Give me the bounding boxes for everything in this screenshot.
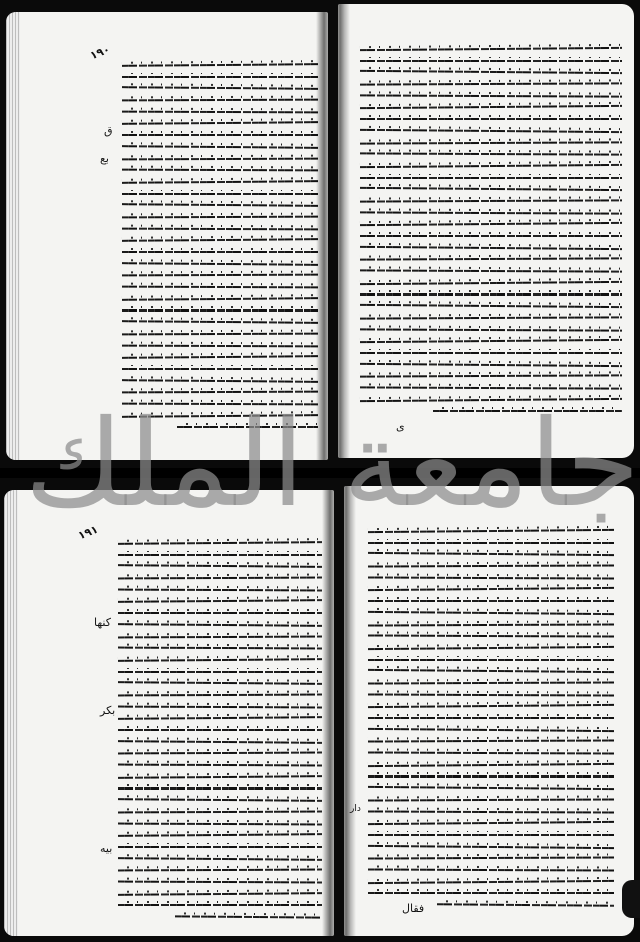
page-190-verso: ى: [338, 4, 634, 458]
text-line: [122, 274, 318, 277]
text-line: [433, 410, 622, 412]
text-line: [360, 258, 622, 261]
text-line: [122, 355, 318, 359]
gutter-shadow: [344, 486, 356, 936]
text-line: [118, 740, 322, 744]
text-line: [368, 646, 614, 650]
text-line: [368, 669, 614, 673]
text-line: [122, 320, 318, 324]
text-line: [122, 110, 318, 113]
text-line: [368, 623, 614, 626]
text-line: [360, 316, 622, 319]
text-line: [368, 611, 614, 615]
text-line: [360, 339, 622, 343]
thumb-shadow: [622, 880, 640, 918]
text-line: [360, 199, 622, 202]
text-line: [122, 262, 318, 266]
text-line: [368, 576, 614, 579]
text-line: [368, 542, 614, 544]
text-line: [360, 281, 622, 285]
text-line: [122, 238, 318, 242]
text-line: [368, 659, 614, 661]
text-line: [118, 588, 322, 591]
text-line: [368, 740, 614, 743]
text-line: [360, 246, 622, 250]
text-line: [360, 177, 622, 179]
text-block: [118, 542, 322, 928]
text-line: [368, 844, 614, 848]
text-line: [118, 810, 322, 813]
text-line: [118, 764, 322, 767]
text-line: [122, 309, 318, 311]
text-line: [368, 752, 614, 755]
page-190: ١٩٠ ق بع: [6, 12, 328, 460]
text-line: [368, 868, 614, 871]
text-line: [368, 728, 614, 732]
text-line: [118, 846, 322, 848]
margin-note: بع: [100, 152, 109, 165]
text-line: [118, 880, 322, 883]
text-line: [368, 600, 614, 602]
text-line: [122, 251, 318, 253]
text-line: [360, 47, 622, 51]
text-line: [122, 203, 318, 207]
text-line: [122, 145, 318, 149]
text-line: [118, 612, 322, 614]
text-line: [118, 869, 322, 872]
text-line: [360, 235, 622, 237]
text-line: [360, 141, 622, 144]
text-line: [360, 397, 622, 401]
top-spread: ١٩٠ ق بع ى: [0, 0, 640, 468]
text-line: [118, 729, 322, 731]
text-line: [122, 286, 318, 289]
text-line: [118, 752, 322, 755]
text-line: [360, 269, 622, 272]
text-line: [360, 375, 622, 378]
text-line: [175, 915, 322, 918]
text-line: [118, 775, 322, 779]
text-line: [122, 344, 318, 347]
text-line: [360, 118, 622, 120]
text-line: [360, 70, 622, 74]
text-line: [368, 681, 614, 684]
text-line: [360, 105, 622, 109]
text-line: [122, 87, 318, 91]
text-line: [118, 658, 322, 662]
text-line: [360, 352, 622, 354]
text-line: [368, 763, 614, 767]
bottom-spread: ١٩١ كنها بكر بيه دار فقال: [0, 478, 640, 942]
text-line: [368, 635, 614, 638]
text-line: [368, 821, 614, 825]
text-line: [118, 833, 322, 837]
catchword: فقال: [402, 902, 424, 915]
text-line: [177, 426, 318, 428]
text-block: [122, 64, 318, 438]
text-line: [368, 565, 614, 568]
text-line: [368, 892, 614, 894]
gutter-shadow: [316, 12, 328, 460]
text-line: [360, 94, 622, 97]
margin-note: دار: [350, 804, 361, 814]
text-line: [368, 717, 614, 719]
page-191-verso: دار فقال: [344, 486, 634, 936]
text-line: [118, 635, 322, 638]
text-line: [122, 193, 318, 195]
page-edges: [6, 12, 20, 460]
margin-note: بيه: [100, 842, 112, 855]
text-line: [118, 716, 322, 720]
text-line: [122, 368, 318, 370]
text-line: [368, 857, 614, 860]
text-line: [118, 541, 322, 545]
text-line: [122, 216, 318, 219]
text-line: [368, 529, 614, 533]
text-line: [368, 880, 614, 884]
text-block: [368, 530, 614, 916]
margin-note: ق: [104, 124, 113, 137]
text-line: [368, 693, 614, 696]
page-edges: [4, 490, 18, 936]
text-line: [360, 82, 622, 85]
text-line: [118, 600, 322, 604]
text-line: [360, 222, 622, 226]
text-line: [122, 227, 318, 230]
margin-note: كنها: [94, 616, 111, 629]
text-line: [118, 647, 322, 650]
text-line: [122, 297, 318, 301]
text-line: [118, 564, 322, 568]
text-line: [360, 211, 622, 214]
page-191: ١٩١ كنها بكر بيه: [4, 490, 334, 936]
text-line: [368, 834, 614, 836]
text-line: [118, 554, 322, 556]
gutter-shadow: [322, 490, 334, 936]
text-line: [368, 704, 614, 708]
text-line: [118, 892, 322, 896]
text-line: [122, 122, 318, 126]
folio-number: ١٩١: [76, 523, 100, 543]
text-line: [368, 552, 614, 556]
text-line: [118, 787, 322, 789]
text-line: [118, 904, 322, 906]
footer-note: ى: [396, 420, 405, 433]
margin-note: بكر: [100, 704, 115, 717]
text-line: [122, 332, 318, 335]
text-line: [368, 775, 614, 777]
text-line: [122, 157, 318, 160]
text-line: [122, 134, 318, 136]
text-line: [118, 857, 322, 861]
text-line: [360, 328, 622, 331]
text-line: [437, 903, 614, 907]
text-line: [122, 180, 318, 184]
text-line: [360, 187, 622, 191]
text-line: [122, 99, 318, 102]
text-line: [118, 798, 322, 802]
gutter-shadow: [338, 4, 350, 458]
text-line: [368, 810, 614, 813]
text-line: [360, 386, 622, 389]
folio-number: ١٩٠: [88, 43, 112, 63]
text-line: [118, 705, 322, 708]
text-line: [368, 786, 614, 790]
text-line: [360, 304, 622, 308]
text-line: [122, 403, 318, 406]
text-line: [368, 587, 614, 591]
text-line: [118, 693, 322, 696]
text-line: [122, 391, 318, 394]
text-line: [122, 414, 318, 418]
text-line: [360, 153, 622, 156]
text-line: [122, 63, 318, 67]
text-line: [360, 60, 622, 62]
text-line: [368, 798, 614, 801]
text-line: [360, 362, 622, 366]
text-line: [118, 822, 322, 825]
text-line: [118, 623, 322, 627]
text-line: [360, 164, 622, 168]
text-line: [122, 379, 318, 383]
text-line: [122, 169, 318, 172]
text-line: [360, 293, 622, 295]
text-line: [360, 129, 622, 133]
text-line: [118, 671, 322, 673]
text-line: [118, 681, 322, 685]
text-block: [360, 48, 622, 422]
text-line: [118, 577, 322, 580]
text-line: [122, 76, 318, 78]
